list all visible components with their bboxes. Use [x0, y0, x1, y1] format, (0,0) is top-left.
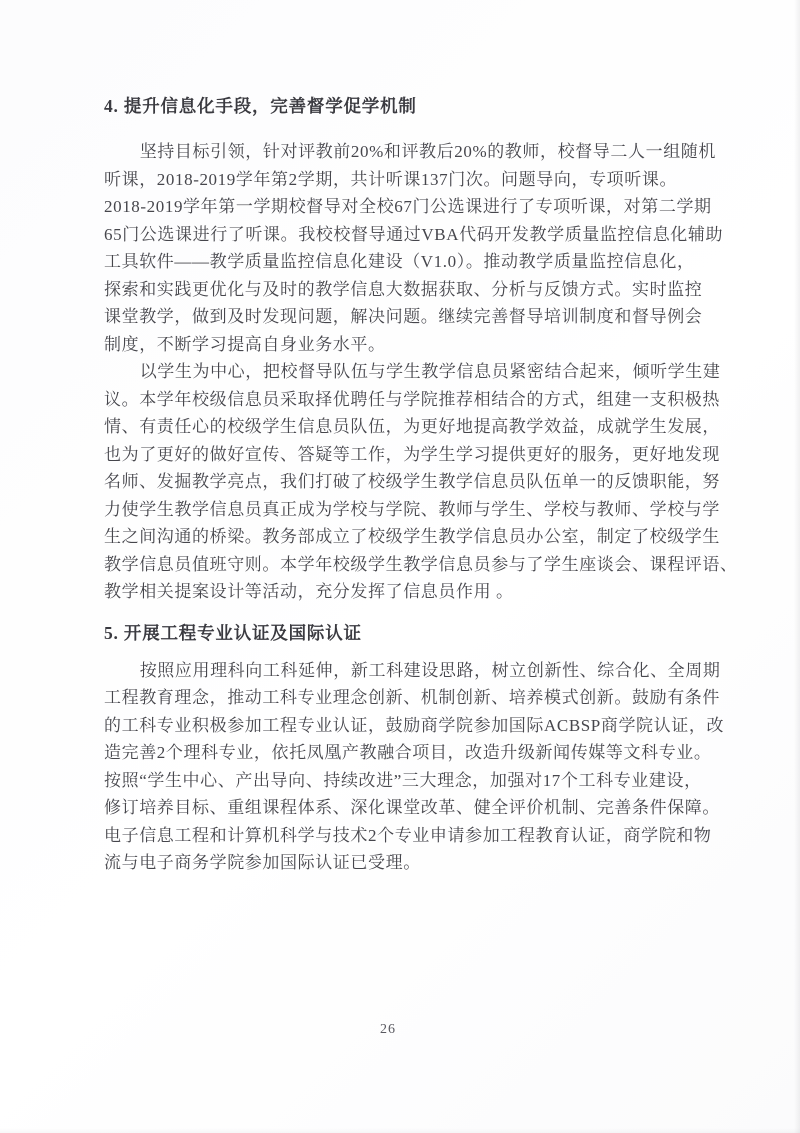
text-line: 听课，2018-2019学年第2学期，共计听课137门次。问题导向，专项听课。 — [104, 166, 706, 194]
text-line: 探索和实践更优化与及时的教学信息大数据获取、分析与反馈方式。实时监控 — [104, 276, 706, 304]
text-line: 工具软件——教学质量监控信息化建设（V1.0）。推动教学质量监控信息化， — [104, 248, 706, 276]
text-line: 议。本学年校级信息员采取择优聘任与学院推荐相结合的方式，组建一支积极热 — [104, 386, 706, 414]
text-line: 电子信息工程和计算机科学与技术2个专业申请参加工程教育认证，商学院和物 — [104, 822, 706, 850]
section-heading-5: 5. 开展工程专业认证及国际认证 — [104, 619, 706, 647]
paragraph-certification: 按照应用理科向工科延伸，新工科建设思路，树立创新性、综合化、全周期 工程教育理念… — [104, 657, 706, 877]
paragraph-student-informants: 以学生为中心，把校督导队伍与学生教学信息员紧密结合起来，倾听学生建 议。本学年校… — [104, 358, 706, 606]
text-line: 制度，不断学习提高自身业务水平。 — [104, 331, 706, 359]
text-line: 按照“学生中心、产出导向、持续改进”三大理念，加强对17个工科专业建设， — [104, 767, 706, 795]
text-line: 生之间沟通的桥梁。教务部成立了校级学生教学信息员办公室，制定了校级学生 — [104, 523, 706, 551]
text-line: 教学信息员值班守则。本学年校级学生教学信息员参与了学生座谈会、课程评语、 — [104, 551, 706, 579]
text-line: 2018-2019学年第一学期校督导对全校67门公选课进行了专项听课，对第二学期 — [104, 193, 706, 221]
text-line: 名师、发掘教学亮点，我们打破了校级学生教学信息员队伍单一的反馈职能，努 — [104, 468, 706, 496]
text-line: 以学生为中心，把校督导队伍与学生教学信息员紧密结合起来，倾听学生建 — [104, 358, 706, 386]
text-line: 力使学生教学信息员真正成为学校与学院、教师与学生、学校与教师、学校与学 — [104, 496, 706, 524]
text-line: 情、有责任心的校级学生信息员队伍，为更好地提高教学效益，成就学生发展， — [104, 413, 706, 441]
text-line: 坚持目标引领，针对评教前20%和评教后20%的教师，校督导二人一组随机 — [104, 138, 706, 166]
text-line: 也为了更好的做好宣传、答疑等工作，为学生学习提供更好的服务，更好地发现 — [104, 441, 706, 469]
section-heading-4: 4. 提升信息化手段，完善督学促学机制 — [104, 92, 706, 120]
text-line: 流与电子商务学院参加国际认证已受理。 — [104, 849, 706, 877]
text-line: 修订培养目标、重组课程体系、深化课堂改革、健全评价机制、完善条件保障。 — [104, 794, 706, 822]
text-line: 造完善2个理科专业，依托凤凰产教融合项目，改造升级新闻传媒等文科专业。 — [104, 739, 706, 767]
text-line: 的工科专业积极参加工程专业认证，鼓励商学院参加国际ACBSP商学院认证，改 — [104, 712, 706, 740]
paragraph-supervision: 坚持目标引领，针对评教前20%和评教后20%的教师，校督导二人一组随机 听课，2… — [104, 138, 706, 358]
document-content: 4. 提升信息化手段，完善督学促学机制 坚持目标引领，针对评教前20%和评教后2… — [104, 92, 706, 877]
text-line: 65门公选课进行了听课。我校校督导通过VBA代码开发教学质量监控信息化辅助 — [104, 221, 706, 249]
text-line: 教学相关提案设计等活动，充分发挥了信息员作用 。 — [104, 578, 706, 606]
scanned-document-page: 4. 提升信息化手段，完善督学促学机制 坚持目标引领，针对评教前20%和评教后2… — [0, 0, 800, 1133]
page-number: 26 — [0, 1022, 776, 1038]
text-line: 工程教育理念，推动工科专业理念创新、机制创新、培养模式创新。鼓励有条件 — [104, 684, 706, 712]
text-line: 课堂教学，做到及时发现问题，解决问题。继续完善督导培训制度和督导例会 — [104, 303, 706, 331]
text-line: 按照应用理科向工科延伸，新工科建设思路，树立创新性、综合化、全周期 — [104, 657, 706, 685]
